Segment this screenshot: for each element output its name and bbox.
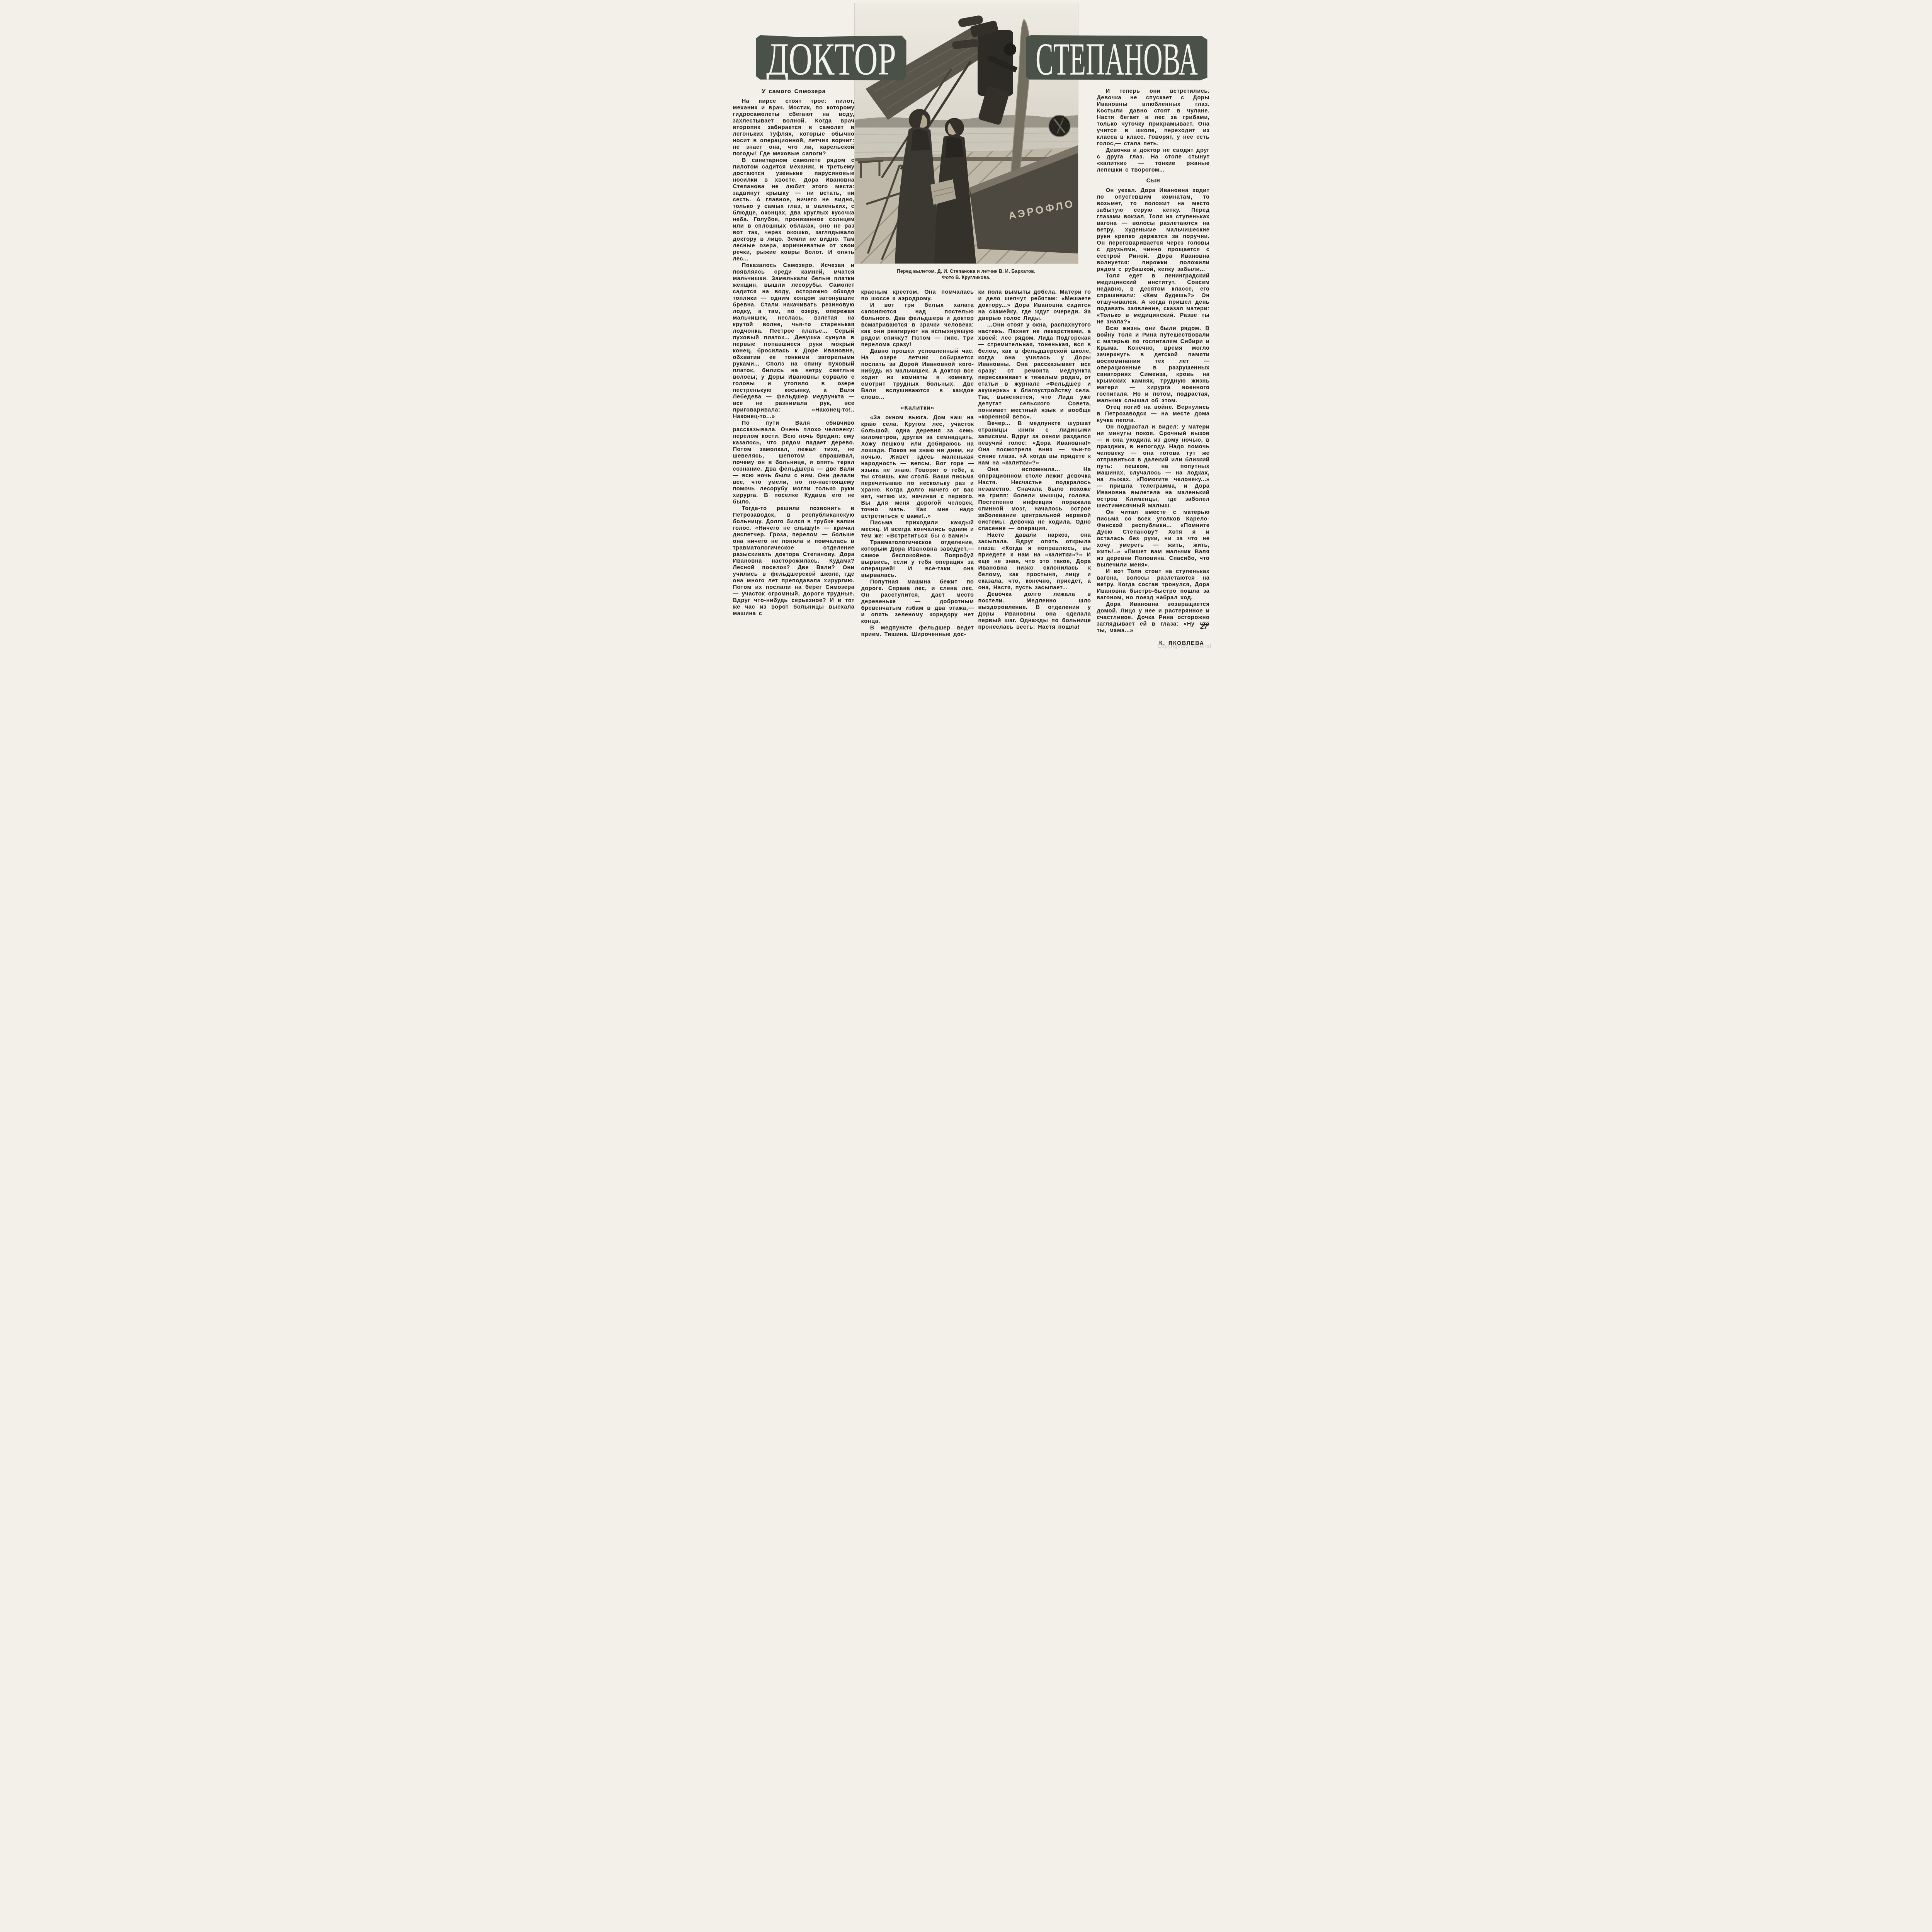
paragraph: Отец погиб на войне. Вернулись в Петроза… <box>1097 404 1210 424</box>
photo-caption-line1: Перед вылетом. Д. И. Степанова и летчик … <box>855 268 1078 274</box>
porthole <box>1049 115 1070 137</box>
article-column-2: красным крестом. Она помчалась по шоссе … <box>861 289 974 638</box>
section-heading: «Калитки» <box>861 405 974 411</box>
masthead-banner-right: СТЕПАНОВА <box>1026 35 1207 80</box>
page-number: 27 <box>1191 623 1208 631</box>
paragraph: Он подрастал и видел: у матери ни минуты… <box>1097 424 1210 509</box>
masthead-title-left: ДОКТОР <box>766 35 896 80</box>
masthead-banner-left: ДОКТОР <box>756 35 906 80</box>
section-heading: У самого Сямозера <box>733 88 855 95</box>
paragraph: В медпункте фельдшер ведет прием. Тишина… <box>861 625 974 638</box>
paragraph: Показалось Сямозеро. Исчезая и появляясь… <box>733 262 855 420</box>
masthead-title-right-svg: СТЕПАНОВА <box>1026 35 1207 80</box>
paragraph: Попутная машина бежит по дороге. Справа … <box>861 579 974 625</box>
article-column-4-text: И теперь они встретились. Девочка не спу… <box>1097 88 1210 634</box>
paragraph: красным крестом. Она помчалась по шоссе … <box>861 289 974 302</box>
article-column-3: ки пола вымыты добела. Матери то и дело … <box>978 289 1091 631</box>
magazine-page: АЭРОФЛО <box>719 0 1214 657</box>
paragraph: Толя едет в ленинградский медицинский ин… <box>1097 273 1210 325</box>
paragraph: В санитарном самолете рядом с пилотом са… <box>733 157 855 262</box>
paragraph: ...Они стоят у окна, распахнутого настеж… <box>978 322 1091 420</box>
paragraph: Девочка долго лежала в постели. Медленно… <box>978 591 1091 631</box>
paragraph: Травматологическое отделение, которым До… <box>861 539 974 579</box>
paragraph: Вечер... В медпункте шуршат страницы кни… <box>978 420 1091 466</box>
paragraph: «За окном вьюга. Дом наш на краю села. К… <box>861 415 974 520</box>
photo-caption-line2: Фото В. Кругликова. <box>855 274 1078 281</box>
article-column-4: И теперь они встретились. Девочка не спу… <box>1097 88 1210 647</box>
copyright-watermark: Copyrighted material <box>1157 643 1211 649</box>
paragraph: По пути Валя сбивчиво рассказывала. Очен… <box>733 420 855 505</box>
paragraph: Письма приходили каждый месяц. И всегда … <box>861 520 974 539</box>
paragraph: Он уехал. Дора Ивановна ходит по опустев… <box>1097 187 1210 273</box>
paragraph: Она вспомнила... На операционном столе л… <box>978 466 1091 532</box>
photo-caption: Перед вылетом. Д. И. Степанова и летчик … <box>855 268 1078 281</box>
paragraph: На пирсе стоят трое: пилот, механик и вр… <box>733 98 855 157</box>
paragraph: Тогда-то решили позвонить в Петрозаводск… <box>733 505 855 617</box>
paragraph: Давно прошел условленный час. На озере л… <box>861 348 974 401</box>
paragraph: И вот три белых халата склоняются над по… <box>861 302 974 348</box>
paragraph: Девочка и доктор не сводят друг с друга … <box>1097 147 1210 173</box>
article-column-1: У самого СямозераНа пирсе стоят трое: пи… <box>733 88 855 617</box>
paragraph: И теперь они встретились. Девочка не спу… <box>1097 88 1210 147</box>
paragraph: ки пола вымыты добела. Матери то и дело … <box>978 289 1091 322</box>
masthead-title-left-svg: ДОКТОР <box>756 35 906 80</box>
paragraph: Всю жизнь они были рядом. В войну Толя и… <box>1097 325 1210 404</box>
section-heading: Сын <box>1097 177 1210 184</box>
paragraph: И вот Толя стоит на ступеньках вагона, в… <box>1097 568 1210 601</box>
paragraph: Насте давали наркоз, она засыпала. Вдруг… <box>978 532 1091 591</box>
paragraph: Он читал вместе с матерью письма со всех… <box>1097 509 1210 568</box>
masthead-title-right: СТЕПАНОВА <box>1036 35 1198 80</box>
